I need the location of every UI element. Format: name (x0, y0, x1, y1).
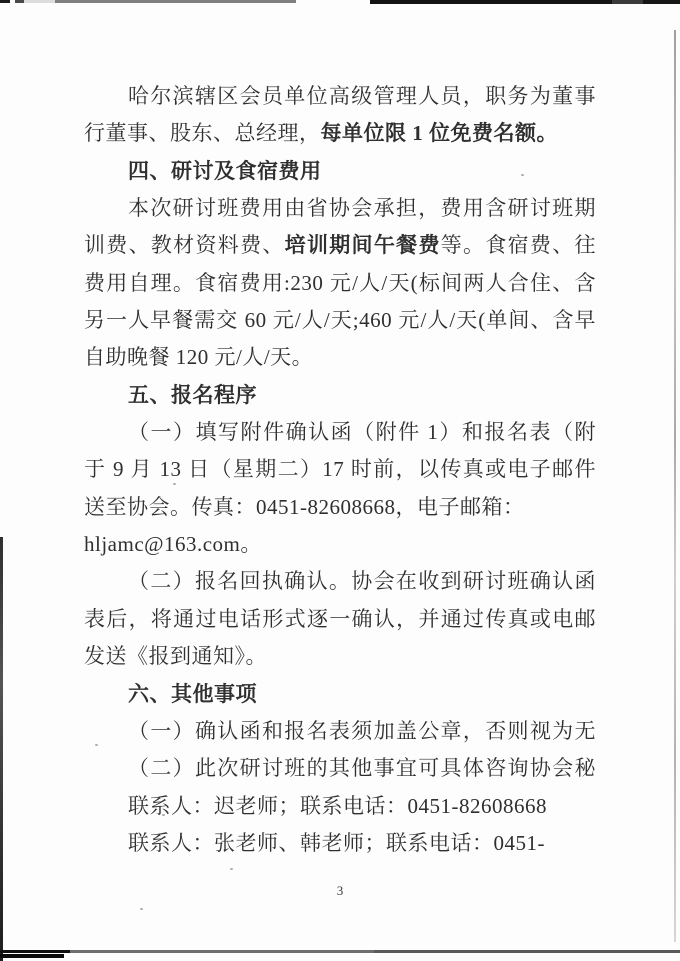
scan-artifact-top-edge-left (0, 0, 296, 3)
section-heading-line: 四、研讨及食宿费用 (84, 153, 596, 190)
text-run: 费用自理。食宿费用:230 元/人/天(标间两人合住、含单早), (84, 271, 596, 302)
text-line: 哈尔滨辖区会员单位高级管理人员，职务为董事长、执 (84, 78, 596, 115)
text-run: 送至协会。传真：0451-82608668，电子邮箱： (84, 495, 525, 519)
bold-text-run: 每单位限 1 位免费名额。 (321, 121, 559, 145)
text-line: 发送《报到通知》。 (84, 638, 596, 675)
scan-artifact-right-edge (674, 30, 676, 942)
text-run: 哈尔滨辖区会员单位高级管理人员，职务为董事长、执 (128, 84, 596, 115)
section-heading-line: 五、报名程序 (84, 377, 596, 414)
text-line: hljamc@163.com。 (84, 526, 596, 563)
text-line: （二）此次研讨班的其他事宜可具体咨询协会秘书处。 (84, 750, 596, 787)
text-line: 训费、教材资料费、培训期间午餐费等。食宿费、往返交通 (84, 227, 596, 264)
page-number: 3 (0, 883, 680, 899)
text-run: 训费、教材资料费、 (84, 233, 285, 257)
bold-text-run: 六、其他事项 (128, 682, 257, 706)
text-run: 于 9 月 13 日（星期二）17 时前，以传真或电子邮件方式发 (84, 457, 596, 488)
text-run: （二）此次研讨班的其他事宜可具体咨询协会秘书处。 (128, 756, 596, 787)
text-line: 联系人：迟老师；联系电话：0451-82608668 (84, 788, 596, 825)
document-content: 哈尔滨辖区会员单位高级管理人员，职务为董事长、执行董事、股东、总经理，每单位限 … (84, 78, 596, 862)
bold-text-run: 培训期间午餐费 (285, 233, 441, 257)
section-heading-line: 六、其他事项 (84, 676, 596, 713)
text-line: 行董事、股东、总经理，每单位限 1 位免费名额。 (84, 115, 596, 152)
scan-artifact-top-edge-right (370, 0, 680, 4)
text-run: （二）报名回执确认。协会在收到研讨班确认函及报名 (128, 569, 596, 600)
text-run: 行董事、股东、总经理， (84, 121, 321, 145)
text-run: 联系人：迟老师；联系电话：0451-82608668 (128, 794, 547, 818)
bold-text-run: 五、报名程序 (128, 383, 257, 407)
text-line: 联系人：张老师、韩老师；联系电话：0451-82603933 (84, 825, 596, 862)
text-line: （一）填写附件确认函（附件 1）和报名表（附件 2） (84, 414, 596, 451)
text-line: 自助晚餐 120 元/人/天。 (84, 339, 596, 376)
text-line: 费用自理。食宿费用:230 元/人/天(标间两人合住、含单早), (84, 265, 596, 302)
text-run: 本次研讨班费用由省协会承担，费用含研讨班期间的培 (128, 196, 596, 227)
text-run: 联系人：张老师、韩老师；联系电话：0451-82603933 (128, 831, 545, 862)
text-run: 发送《报到通知》。 (84, 644, 267, 668)
text-run: （一）填写附件确认函（附件 1）和报名表（附件 2） (128, 420, 596, 451)
text-run: 表后，将通过电话形式逐一确认，并通过传真或电邮的形式 (84, 607, 596, 638)
text-line: 于 9 月 13 日（星期二）17 时前，以传真或电子邮件方式发 (84, 451, 596, 488)
text-run: hljamc@163.com。 (84, 532, 262, 556)
text-run: （一）确认函和报名表须加盖公章，否则视为无效报名。 (128, 719, 596, 750)
text-run: 自助晚餐 120 元/人/天。 (84, 345, 313, 369)
bold-text-run: 四、研讨及食宿费用 (128, 159, 322, 183)
text-line: （二）报名回执确认。协会在收到研讨班确认函及报名 (84, 563, 596, 600)
scan-artifact-bottom-corner (0, 954, 64, 958)
scan-artifact-bottom-edge (0, 950, 680, 953)
text-line: 另一人早餐需交 60 元/人/天;460 元/人/天(单间、含早餐); (84, 302, 596, 339)
text-line: （一）确认函和报名表须加盖公章，否则视为无效报名。 (84, 713, 596, 750)
scan-speck (230, 868, 233, 870)
scan-speck (140, 908, 143, 910)
text-line: 送至协会。传真：0451-82608668，电子邮箱： (84, 489, 596, 526)
scanned-document-page: 哈尔滨辖区会员单位高级管理人员，职务为董事长、执行董事、股东、总经理，每单位限 … (0, 0, 680, 961)
text-line: 表后，将通过电话形式逐一确认，并通过传真或电邮的形式 (84, 601, 596, 638)
text-run: 另一人早餐需交 60 元/人/天;460 元/人/天(单间、含早餐); (84, 308, 596, 339)
text-line: 本次研讨班费用由省协会承担，费用含研讨班期间的培 (84, 190, 596, 227)
